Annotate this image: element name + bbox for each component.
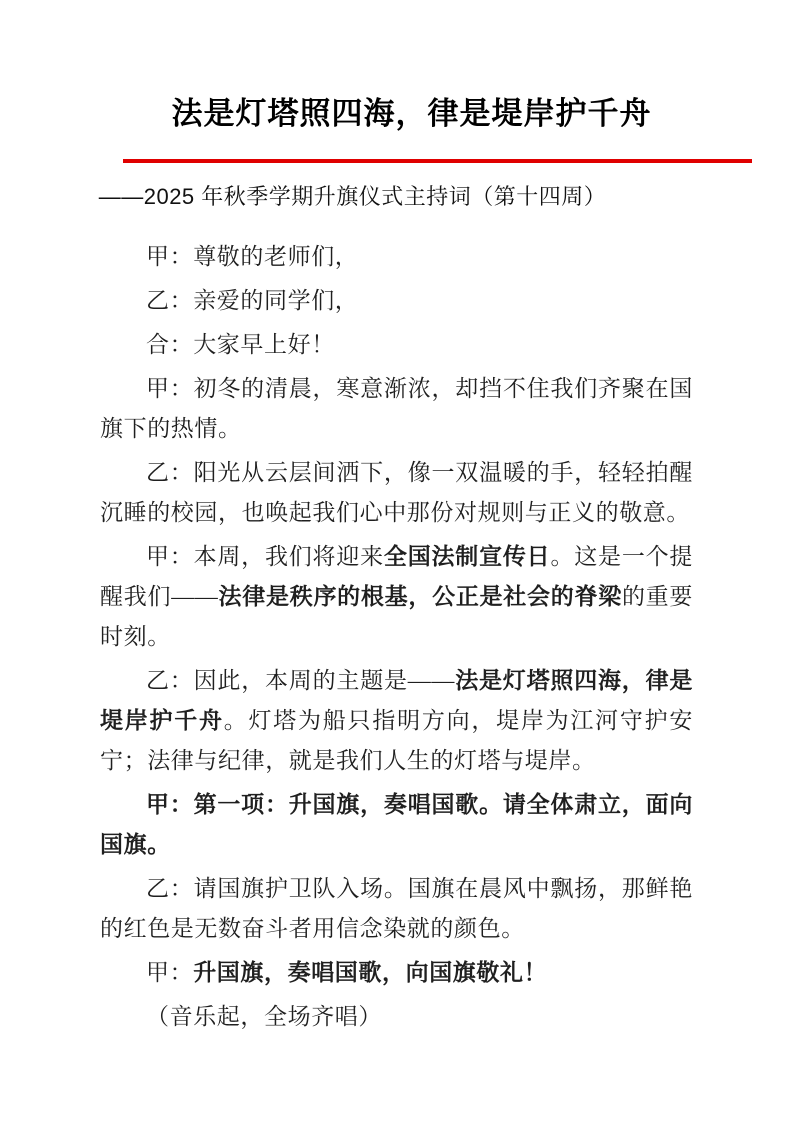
paragraph: 乙：亲爱的同学们， [100, 281, 693, 321]
bold-text-segment: 全国法制宣传日 [384, 544, 551, 569]
paragraph: 乙：因此，本周的主题是——法是灯塔照四海，律是堤岸护千舟。灯塔为船只指明方向，堤… [100, 661, 693, 781]
paragraph: 乙：阳光从云层间洒下，像一双温暖的手，轻轻拍醒沉睡的校园，也唤起我们心中那份对规… [100, 453, 693, 533]
text-segment: （音乐起，全场齐唱） [146, 1004, 382, 1029]
document-body: 甲：尊敬的老师们，乙：亲爱的同学们，合：大家早上好！甲：初冬的清晨，寒意渐浓，却… [100, 237, 693, 1037]
text-segment: 合：大家早上好！ [146, 332, 335, 357]
paragraph: 合：大家早上好！ [100, 325, 693, 365]
document-page: 法是灯塔照四海，律是堤岸护千舟 ——2025 年秋季学期升旗仪式主持词（第十四周… [0, 0, 793, 1122]
bold-text-segment: 法律是秩序的根基，公正是社会的脊梁 [218, 584, 622, 609]
text-segment: 乙：亲爱的同学们， [146, 288, 358, 313]
text-segment: 甲：本周，我们将迎来 [146, 544, 384, 569]
paragraph: 甲：初冬的清晨，寒意渐浓，却挡不住我们齐聚在国旗下的热情。 [100, 369, 693, 449]
title-underline-rule [123, 159, 752, 163]
bold-text-segment: 升国旗，奏唱国歌，向国旗敬礼！ [193, 960, 547, 985]
text-segment: 乙：请国旗护卫队入场。国旗在晨风中飘扬，那鲜艳的红色是无数奋斗者用信念染就的颜色… [100, 876, 693, 941]
text-segment: 甲： [146, 960, 193, 985]
paragraph: 甲：第一项：升国旗，奏唱国歌。请全体肃立，面向国旗。 [100, 785, 693, 865]
text-segment: 甲：尊敬的老师们， [146, 244, 358, 269]
text-segment: 乙：因此，本周的主题是—— [146, 668, 455, 693]
paragraph: 甲：尊敬的老师们， [100, 237, 693, 277]
paragraph: 甲：升国旗，奏唱国歌，向国旗敬礼！ [100, 953, 693, 993]
document-subtitle: ——2025 年秋季学期升旗仪式主持词（第十四周） [0, 179, 793, 215]
paragraph: 乙：请国旗护卫队入场。国旗在晨风中飘扬，那鲜艳的红色是无数奋斗者用信念染就的颜色… [100, 869, 693, 949]
text-segment: 乙：阳光从云层间洒下，像一双温暖的手，轻轻拍醒沉睡的校园，也唤起我们心中那份对规… [100, 460, 693, 525]
paragraph: 甲：本周，我们将迎来全国法制宣传日。这是一个提醒我们——法律是秩序的根基，公正是… [100, 537, 693, 657]
bold-text-segment: 甲：第一项：升国旗，奏唱国歌。请全体肃立，面向国旗。 [100, 792, 693, 857]
text-segment: 甲：初冬的清晨，寒意渐浓，却挡不住我们齐聚在国旗下的热情。 [100, 376, 693, 441]
paragraph: （音乐起，全场齐唱） [100, 997, 693, 1037]
document-title: 法是灯塔照四海，律是堤岸护千舟 [0, 0, 793, 134]
